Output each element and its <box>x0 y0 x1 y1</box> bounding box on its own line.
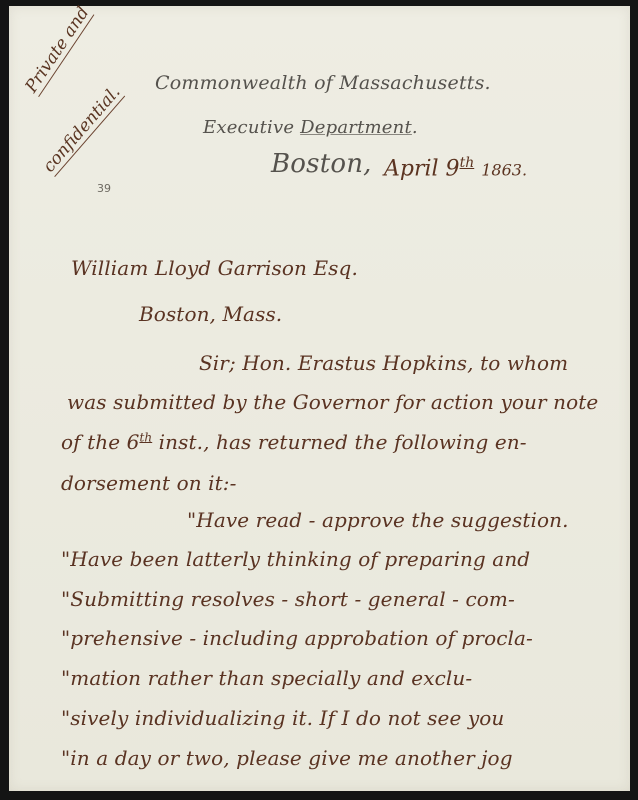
date-year: 1863. <box>481 160 527 179</box>
body-line-1: Sir; Hon. Erastus Hopkins, to whom <box>199 351 568 375</box>
addressee-location: Boston, Mass. <box>139 302 282 326</box>
letter-page: Private and confidential. 39 Commonwealt… <box>9 6 630 791</box>
date-day-suffix: th <box>460 155 475 171</box>
body-line-2: was submitted by the Governor for action… <box>67 390 598 414</box>
letterhead-department-word: Department <box>300 117 412 138</box>
quote-line-7: "in a day or two, please give me another… <box>61 746 513 770</box>
quote-line-6: "sively individualizing it. If I do not … <box>61 706 504 730</box>
body-line-3: of the 6th inst., has returned the follo… <box>61 430 527 454</box>
letter-date: April 9th 1863. <box>384 155 527 181</box>
body-line-3-start: of the 6 <box>61 430 139 454</box>
body-line-3-sup: th <box>139 430 152 444</box>
letterhead-department-suffix: . <box>412 117 418 138</box>
annotation-private: Private and <box>22 3 95 97</box>
quote-line-3: "Submitting resolves - short - general -… <box>61 587 515 611</box>
quote-line-5: "mation rather than specially and exclu- <box>61 666 472 690</box>
addressee-name: William Lloyd Garrison Esq. <box>71 256 358 280</box>
quote-line-2: "Have been latterly thinking of preparin… <box>61 547 530 571</box>
letterhead-place: Boston, <box>271 149 372 179</box>
body-line-3-rest: inst., has returned the following en- <box>152 430 526 454</box>
folio-number: 39 <box>97 182 111 195</box>
date-month-day: April 9 <box>384 156 460 181</box>
letterhead-commonwealth: Commonwealth of Massachusetts. <box>155 72 491 94</box>
letterhead-department: Executive Department. <box>203 117 418 138</box>
annotation-confidential: confidential. <box>39 82 125 177</box>
letterhead-department-prefix: Executive <box>203 117 300 138</box>
body-line-4: dorsement on it:- <box>61 471 237 495</box>
quote-line-4: "prehensive - including approbation of p… <box>61 626 533 650</box>
quote-line-1: "Have read - approve the suggestion. <box>187 508 569 532</box>
